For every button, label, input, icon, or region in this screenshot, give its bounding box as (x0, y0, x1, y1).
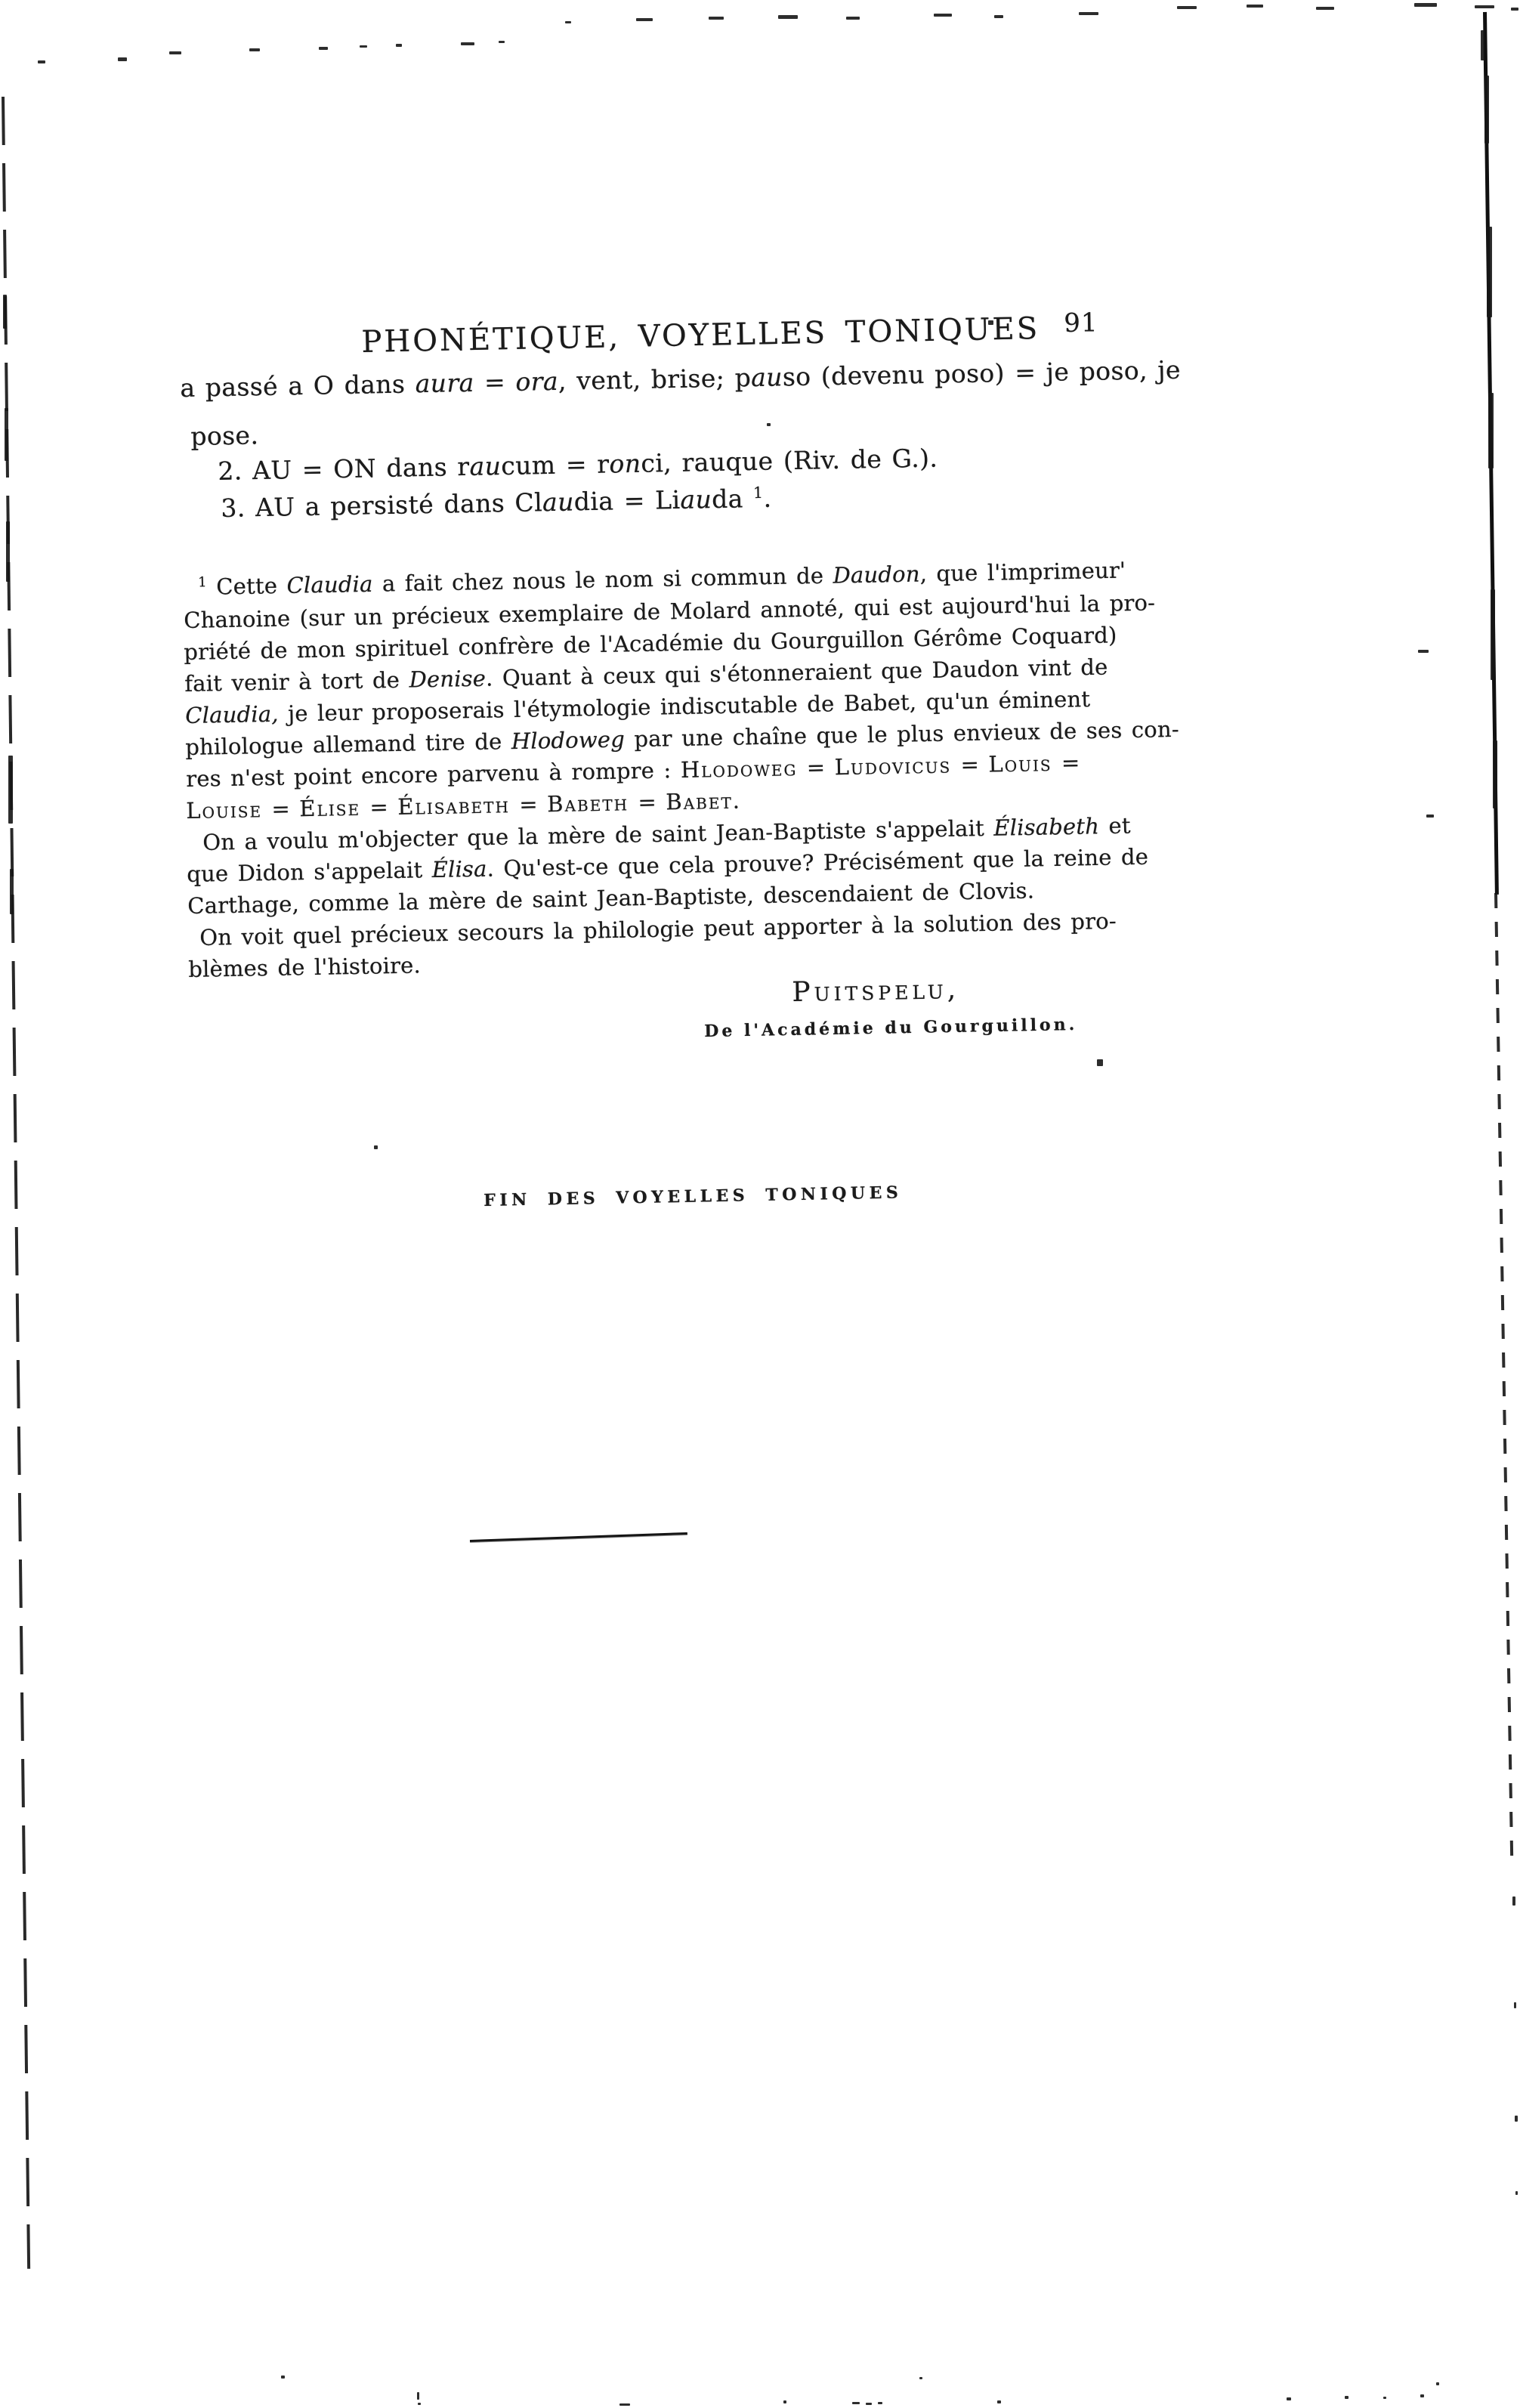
scan-speck (997, 2400, 1001, 2403)
scan-speck (1436, 2382, 1439, 2385)
scan-speck (846, 17, 860, 20)
scan-speck (1475, 5, 1494, 8)
scan-speck (1515, 2191, 1518, 2195)
page-number: 91 (1064, 308, 1098, 338)
scan-speck (709, 17, 724, 20)
main-text-line: 3. AU a persisté dans Claudia = Liauda 1… (221, 484, 772, 523)
scan-speck (169, 51, 181, 54)
scan-speck (1493, 740, 1497, 808)
separator-rule (470, 1532, 687, 1542)
scan-speck (1345, 2396, 1349, 2399)
scan-speck (118, 57, 127, 61)
scan-speck (1511, 8, 1518, 11)
scan-speck (374, 1145, 378, 1149)
scan-speck (1515, 2116, 1518, 2122)
footnote-line: blèmes de l'histoire. (188, 952, 421, 982)
scan-speck (619, 2403, 630, 2406)
scan-speck (1514, 2002, 1516, 2008)
scan-speck (565, 21, 571, 23)
scan-speck (499, 41, 505, 43)
right-edge-scan-artifact-dashed (1494, 893, 1513, 1860)
scan-speck (934, 14, 952, 17)
scan-speck (1418, 650, 1429, 653)
scan-speck (866, 2403, 872, 2405)
scan-speck (281, 2376, 285, 2379)
scan-speck (1287, 2397, 1291, 2400)
scan-speck (396, 44, 402, 47)
main-text-line: 2. AU = ON dans raucum = ronci, rauque (… (218, 444, 938, 486)
signature-affiliation: De l'Académie du Gourguillon. (704, 1015, 1077, 1041)
scan-speck (8, 756, 13, 824)
main-text-line: a passé a O dans aura = ora, vent, brise… (180, 355, 1181, 403)
scan-speck (6, 521, 10, 582)
scan-speck (1484, 76, 1489, 144)
scan-speck (1491, 589, 1495, 680)
scan-speck (1247, 5, 1263, 8)
scan-speck (988, 320, 993, 325)
scan-speck (636, 18, 653, 21)
scan-speck (319, 47, 328, 50)
scan-speck (878, 2402, 882, 2404)
scan-speck (1512, 1896, 1515, 1906)
page-title: PHONÉTIQUE, VOYELLES TONIQUES (361, 311, 1040, 360)
scan-speck (5, 408, 8, 461)
scan-speck (3, 295, 7, 329)
main-text-line: pose. (190, 420, 259, 451)
scanned-page: PHONÉTIQUE, VOYELLES TONIQUES 91 a passé… (0, 0, 1520, 2408)
scan-speck (767, 423, 771, 426)
scan-speck (1316, 7, 1334, 10)
scan-speck (1097, 1059, 1103, 1066)
scan-speck (1481, 30, 1484, 60)
scan-speck (778, 15, 798, 19)
footnote-line: Louise = Élise = Élisabeth = Babeth = Ba… (186, 788, 741, 824)
scan-speck (1383, 2397, 1386, 2399)
scan-speck (1177, 6, 1197, 9)
signature-name: Puitspelu, (792, 974, 960, 1008)
scan-speck (1426, 815, 1434, 818)
scan-speck (1079, 12, 1098, 15)
scan-speck (417, 2392, 419, 2400)
scan-speck (783, 2400, 786, 2403)
scan-speck (249, 48, 260, 51)
scan-speck (1487, 227, 1492, 317)
scan-speck (852, 2402, 860, 2404)
scan-speck (418, 2403, 421, 2405)
scan-speck (1488, 393, 1494, 468)
scan-speck (360, 45, 367, 48)
scan-speck (919, 2377, 922, 2379)
scan-speck (10, 869, 14, 914)
scan-speck (1414, 3, 1437, 7)
scan-speck (1420, 2394, 1424, 2397)
scan-speck (994, 15, 1003, 18)
scan-speck (461, 42, 474, 45)
scan-speck (38, 60, 45, 63)
end-of-section-marker: FIN DES VOYELLES TONIQUES (483, 1182, 902, 1210)
